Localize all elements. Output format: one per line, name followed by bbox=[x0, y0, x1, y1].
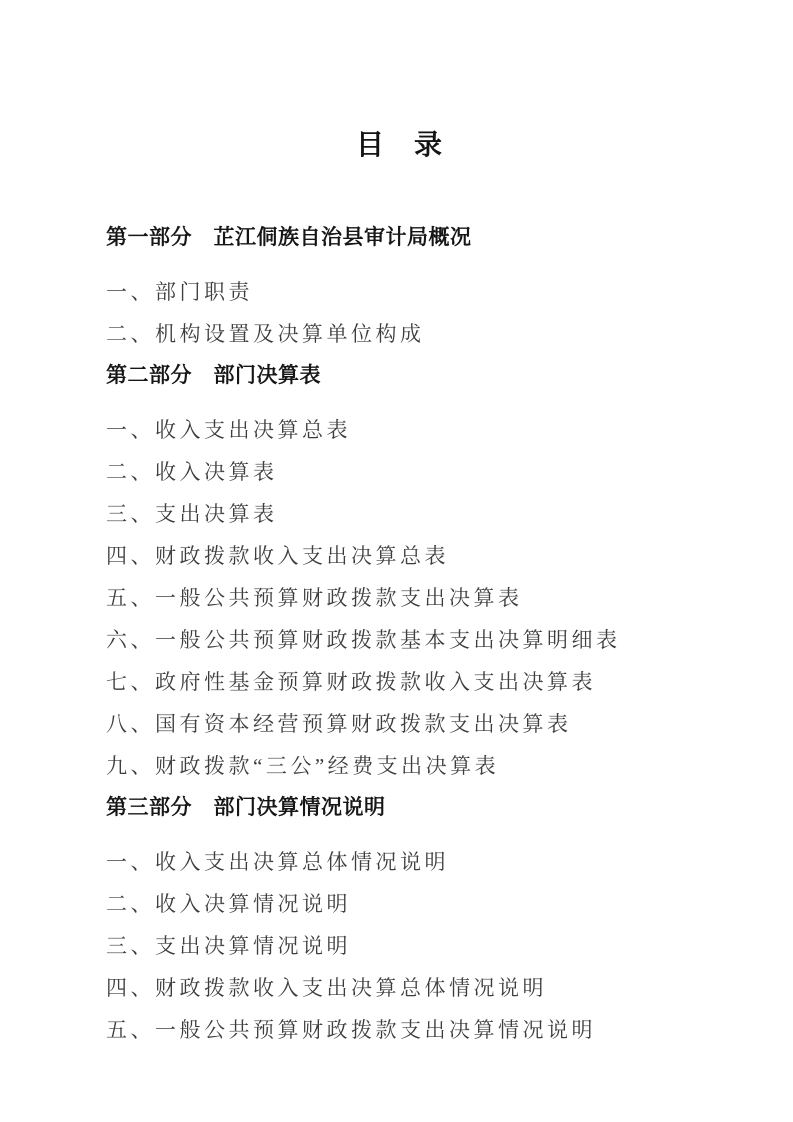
toc-entry: 八、国有资本经营预算财政拨款支出决算表 bbox=[106, 703, 693, 745]
toc-entry: 七、政府性基金预算财政拨款收入支出决算表 bbox=[106, 661, 693, 703]
toc-entry: 三、支出决算表 bbox=[106, 493, 693, 535]
toc-entry: 一、收入支出决算总表 bbox=[106, 409, 693, 451]
part-2-heading: 第二部分 部门决算表 bbox=[106, 355, 693, 397]
part-3-heading: 第三部分 部门决算情况说明 bbox=[106, 787, 693, 829]
toc-entry: 一、收入支出决算总体情况说明 bbox=[106, 841, 693, 883]
document-page: 目 录 第一部分 芷江侗族自治县审计局概况 一、部门职责 二、机构设置及决算单位… bbox=[0, 0, 793, 1122]
toc-entry: 二、收入决算情况说明 bbox=[106, 883, 693, 925]
toc-entry: 三、支出决算情况说明 bbox=[106, 925, 693, 967]
part-1-heading: 第一部分 芷江侗族自治县审计局概况 bbox=[106, 217, 693, 259]
section-part-3: 第三部分 部门决算情况说明 一、收入支出决算总体情况说明 二、收入决算情况说明 … bbox=[106, 787, 693, 1051]
toc-entry: 二、收入决算表 bbox=[106, 451, 693, 493]
toc-entry: 六、一般公共预算财政拨款基本支出决算明细表 bbox=[106, 619, 693, 661]
section-part-2: 第二部分 部门决算表 一、收入支出决算总表 二、收入决算表 三、支出决算表 四、… bbox=[106, 355, 693, 787]
toc-entry: 四、财政拨款收入支出决算总体情况说明 bbox=[106, 967, 693, 1009]
toc-entry: 四、财政拨款收入支出决算总表 bbox=[106, 535, 693, 577]
toc-entry: 五、一般公共预算财政拨款支出决算表 bbox=[106, 577, 693, 619]
toc-entry: 一、部门职责 bbox=[106, 271, 693, 313]
section-part-1: 第一部分 芷江侗族自治县审计局概况 一、部门职责 二、机构设置及决算单位构成 bbox=[106, 217, 693, 355]
toc-entry: 二、机构设置及决算单位构成 bbox=[106, 313, 693, 355]
document-title: 目 录 bbox=[106, 128, 693, 162]
toc-entry: 五、一般公共预算财政拨款支出决算情况说明 bbox=[106, 1009, 693, 1051]
toc-entry: 九、财政拨款“三公”经费支出决算表 bbox=[106, 745, 693, 787]
